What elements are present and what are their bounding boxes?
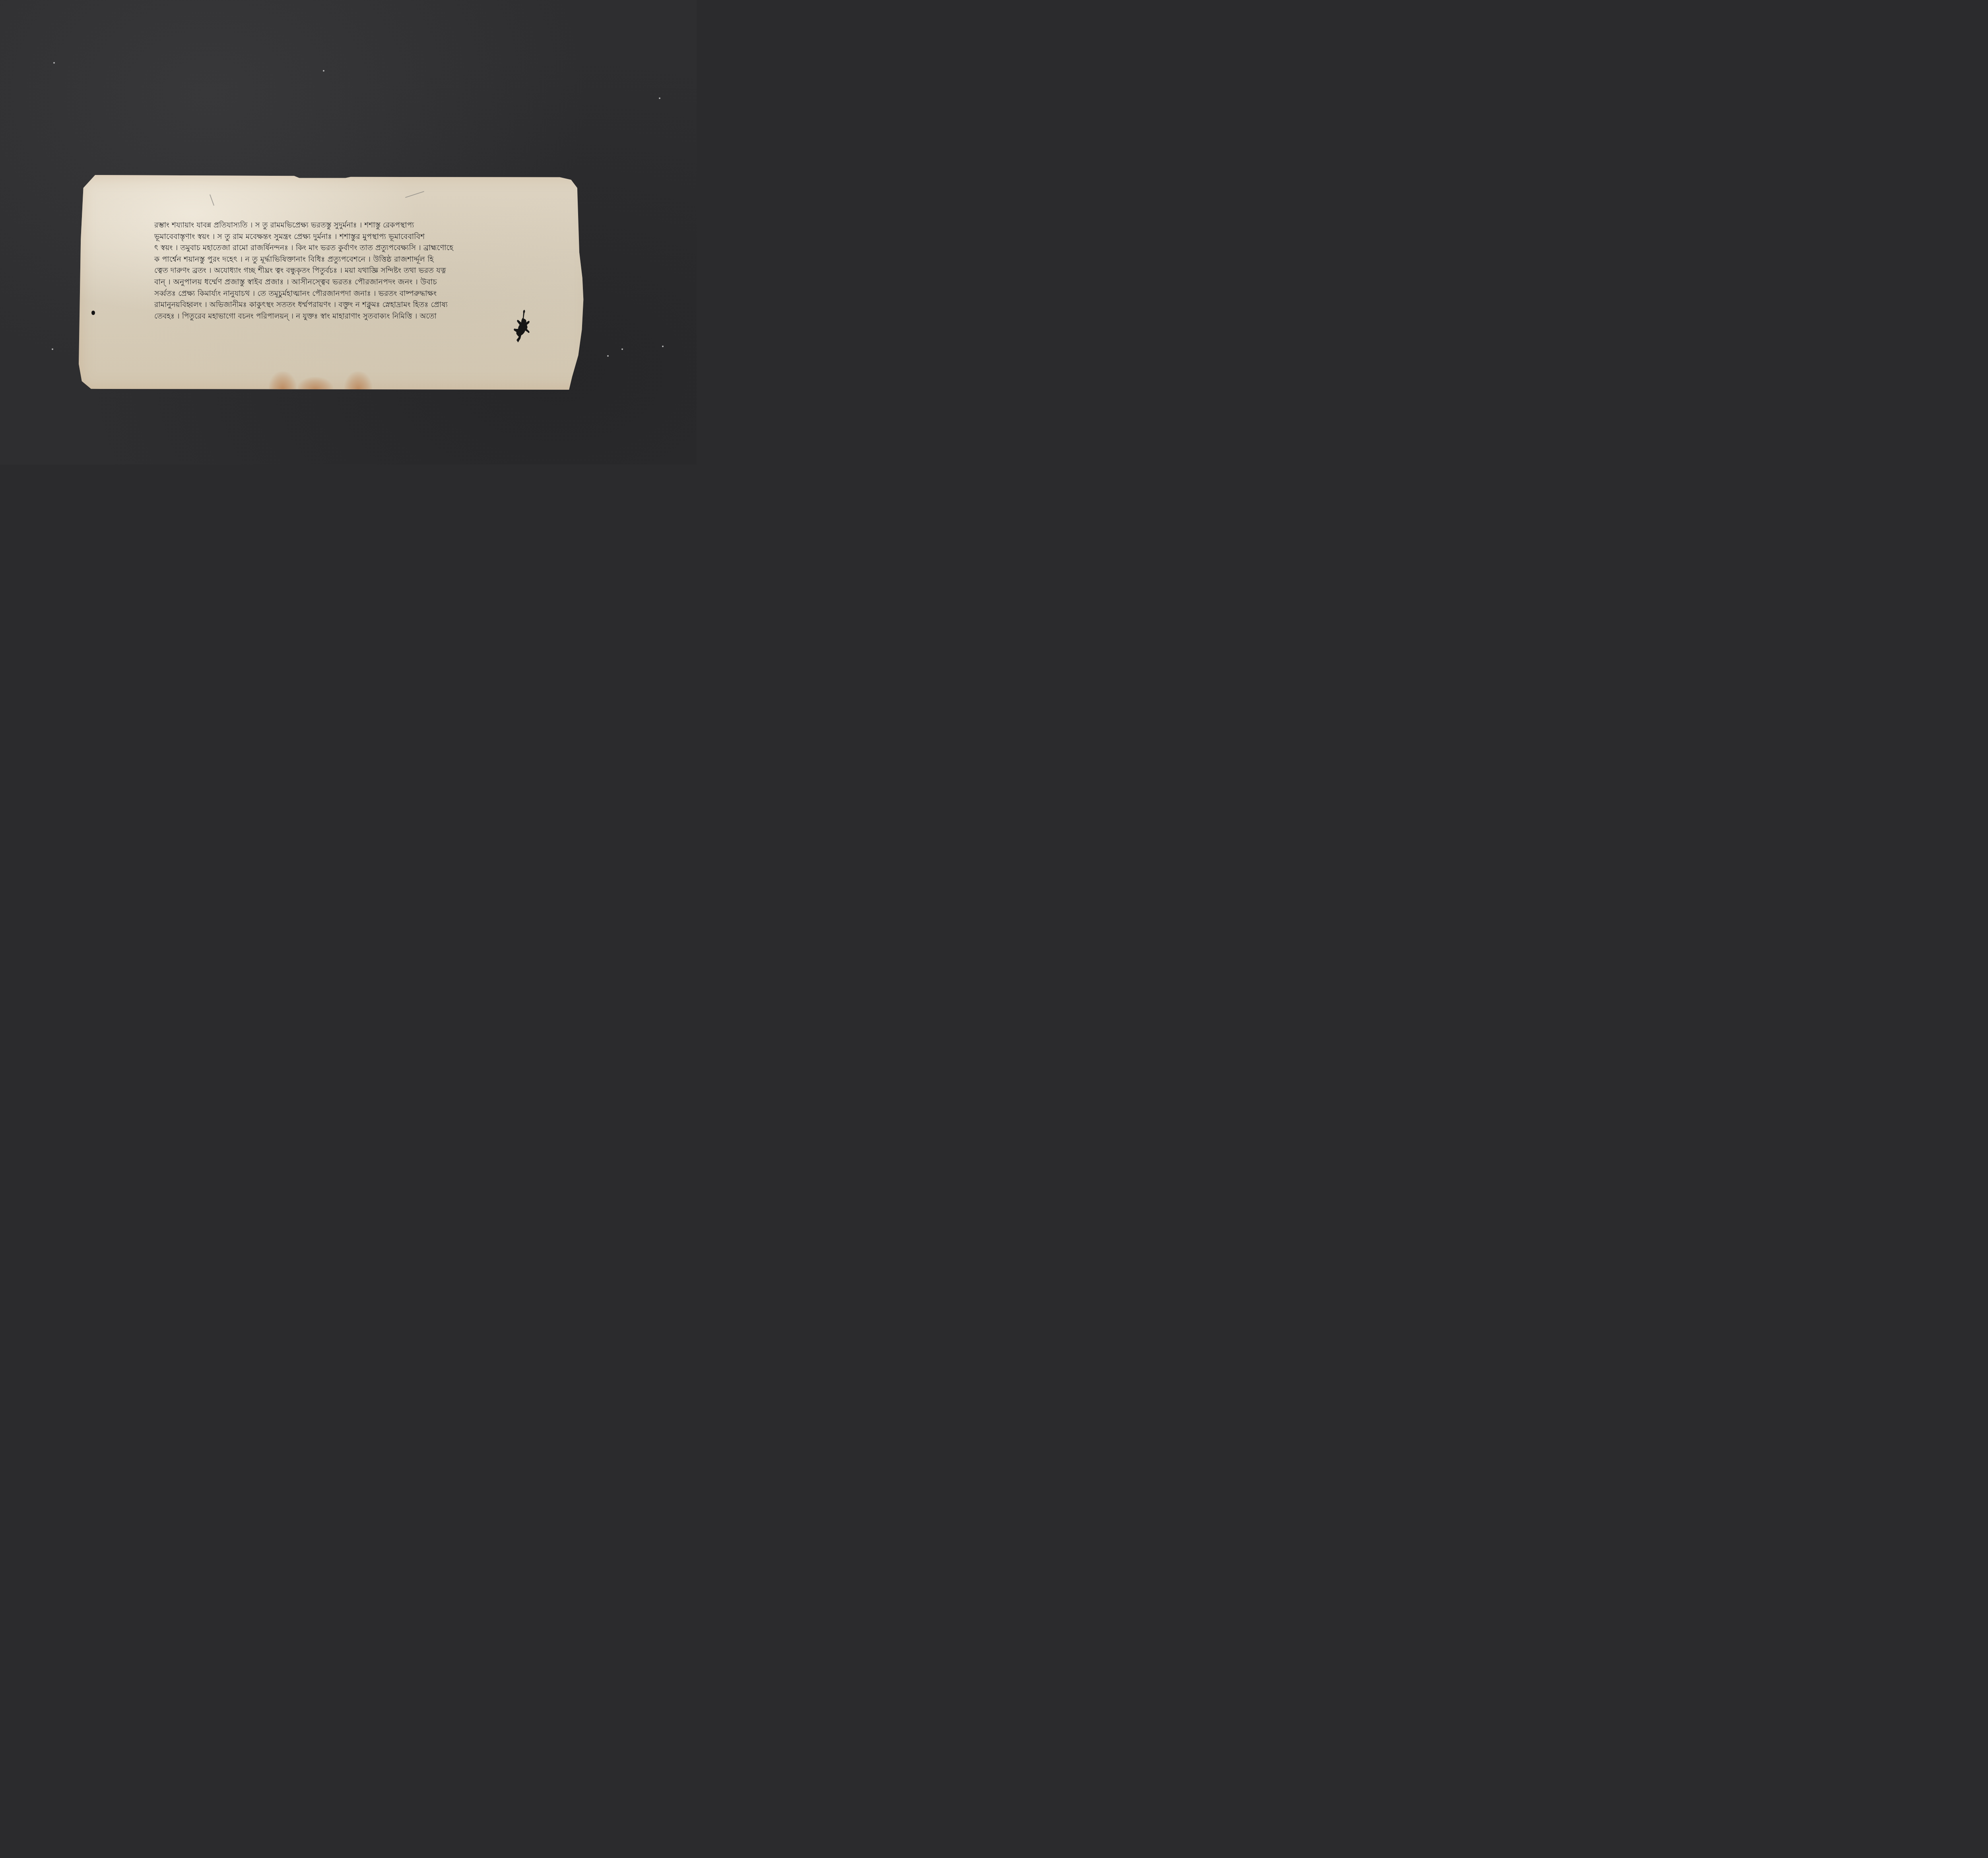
text-line-6: বান্ । অনুপালয় ধর্ম্মেণ প্রজাস্তু স্বাই… [154,276,576,288]
text-line-5: ত্বেত দারুণং ব্রতং । অযোধ্যাং গচ্ছ শীঘ্র… [154,265,563,276]
dust-speck [607,355,609,357]
text-line-8: রামানুনয়বিহ্বলং । অভিজানীমঃ কাকুৎস্থং স… [154,299,563,311]
dust-speck [621,348,623,350]
rust-stain [297,377,333,390]
dust-speck [662,346,664,347]
manuscript-text: রম্ভাং শয্যায়াং যাবন্ন প্রতিযাস্যতি । স… [154,220,576,322]
text-line-9: তেবহঃ । পিতুরেব মহাভাগো বচনং পরিপালয়ন্ … [154,311,559,322]
wormhole [91,311,95,315]
text-line-7: সর্ব্বতঃ প্রেক্ষ্য কিমার্য্যং নানুযাচথ ।… [154,288,567,299]
dust-speck [53,62,55,64]
ink-blot-figure [510,309,538,345]
pencil-mark [405,191,424,198]
dust-speck [323,70,324,72]
ink-tick-mark [589,196,590,200]
text-line-2: ভূমাবেবাস্তৃণাং স্বয়ং । স তু রাম মবেক্ষ… [154,231,567,243]
manuscript-leaf: রম্ভাং শয্যায়াং যাবন্ন প্রতিযাস্যতি । স… [79,175,592,390]
text-line-1: রম্ভাং শয্যায়াং যাবন্ন প্রতিযাস্যতি । স… [154,220,559,231]
dust-speck [52,348,53,350]
pencil-mark [210,194,214,206]
text-line-4: ক পার্শ্বেন শয়ানস্তু পুরং দহেৎ । ন তু ম… [154,254,571,265]
rust-stain [269,371,297,390]
photo-background-mat: রম্ভাং শয্যায়াং যাবন্ন প্রতিযাস্যতি । স… [0,0,697,464]
dust-speck [659,97,660,99]
text-line-3: ৎ স্বয়ং । তমুবাচ মহাতেজা রামো রাজর্ষিনন… [154,242,563,254]
rust-stain [344,371,372,390]
